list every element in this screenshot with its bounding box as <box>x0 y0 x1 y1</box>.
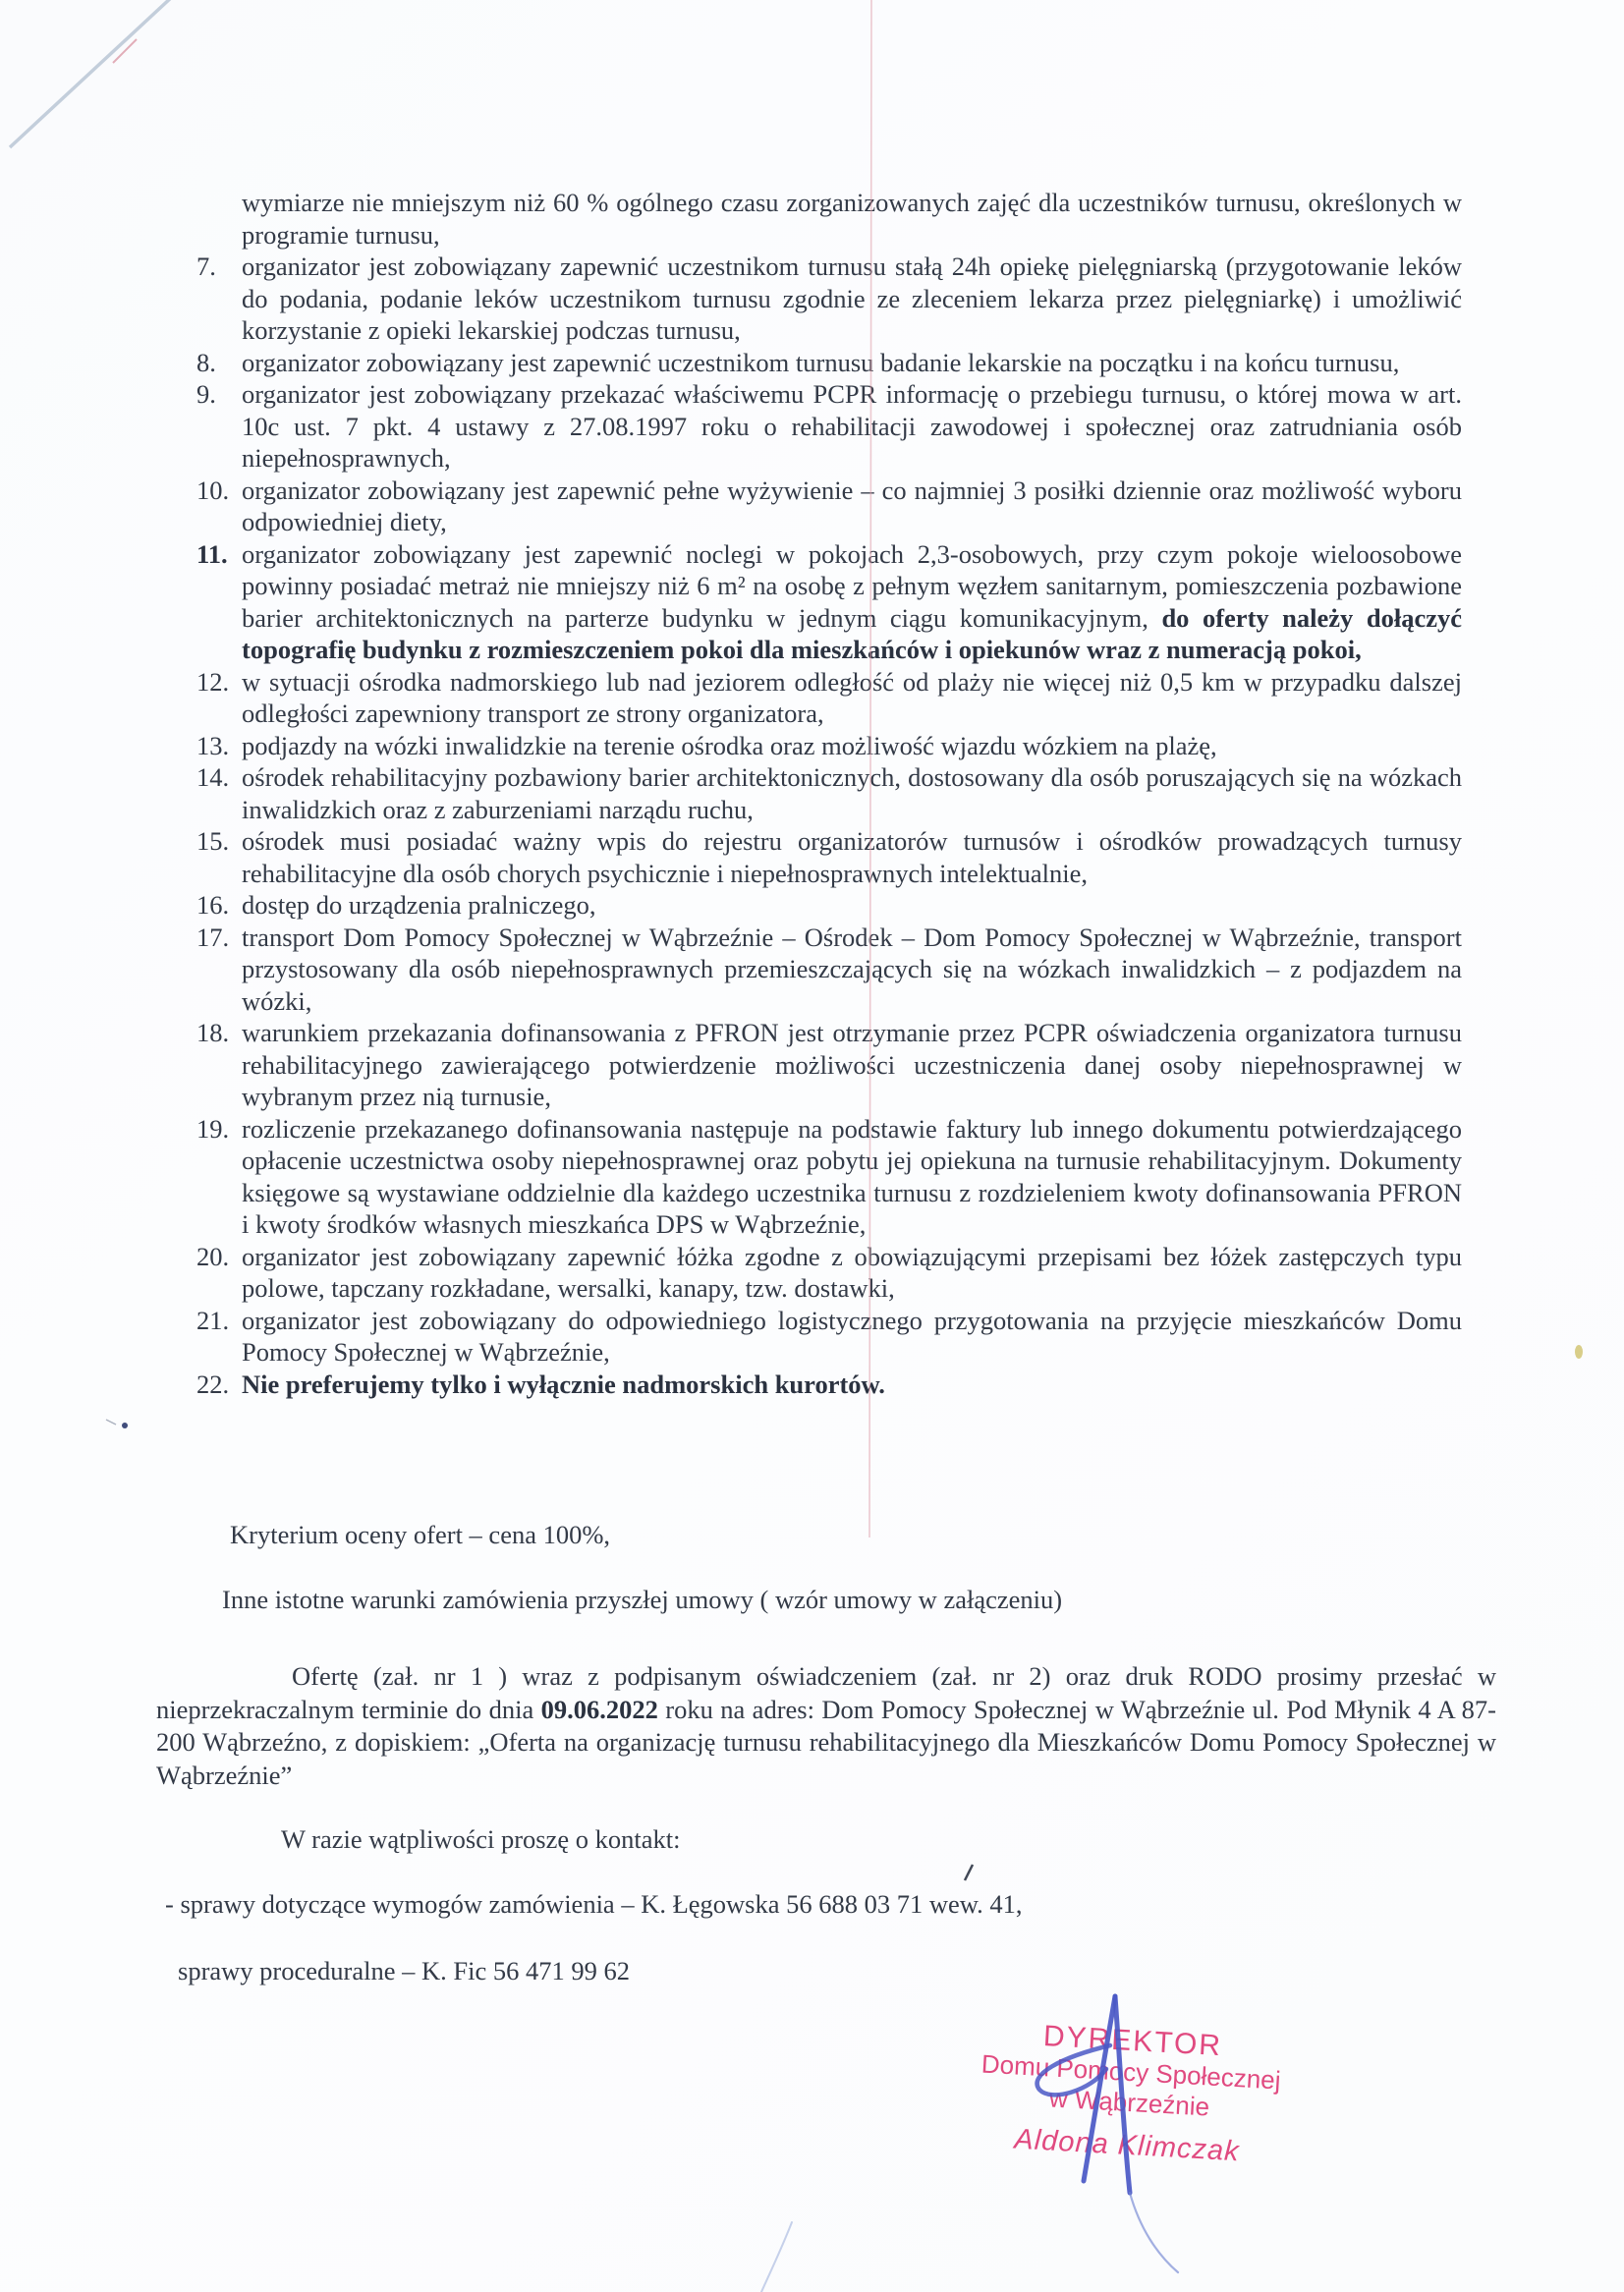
stamp-signer-name: Aldona Klimczak <box>964 2121 1289 2171</box>
list-item-number: 17. <box>196 922 229 954</box>
list-item: 20.organizator jest zobowiązany zapewnić… <box>193 1241 1462 1305</box>
list-item-number: 16. <box>196 889 229 922</box>
corner-pink-mark <box>113 39 137 63</box>
other-terms-line: Inne istotne warunki zamówienia przyszłe… <box>222 1584 1062 1616</box>
list-item: 8.organizator zobowiązany jest zapewnić … <box>193 347 1462 379</box>
list-item: 9.organizator jest zobowiązany przekazać… <box>193 378 1462 475</box>
list-item-text: organizator jest zobowiązany zapewnić uc… <box>242 252 1462 345</box>
list-item-text: w sytuacji ośrodka nadmorskiego lub nad … <box>242 667 1462 729</box>
list-item: 15.ośrodek musi posiadać ważny wpis do r… <box>193 825 1462 889</box>
list-item: 13.podjazdy na wózki inwalidzkie na tere… <box>193 730 1462 762</box>
list-item-text: warunkiem przekazania dofinansowania z P… <box>242 1018 1462 1111</box>
requirements-list: wymiarze nie mniejszym niż 60 % ogólnego… <box>193 187 1462 1400</box>
ink-speck-tail <box>106 1420 116 1425</box>
list-item-text: organizator jest zobowiązany zapewnić łó… <box>242 1242 1462 1304</box>
list-item-text: organizator jest zobowiązany przekazać w… <box>242 379 1462 473</box>
list-item: 12.w sytuacji ośrodka nadmorskiego lub n… <box>193 666 1462 730</box>
list-item-text: ośrodek rehabilitacyjny pozbawiony barie… <box>242 762 1462 824</box>
list-item-number: 9. <box>196 378 216 411</box>
list-item-text: transport Dom Pomocy Społecznej w Wąbrze… <box>242 922 1462 1016</box>
list-item: 22.Nie preferujemy tylko i wyłącznie nad… <box>193 1369 1462 1401</box>
list-item-number: 19. <box>196 1113 229 1146</box>
paper-speck <box>1575 1345 1583 1359</box>
list-item-text: organizator jest zobowiązany do odpowied… <box>242 1306 1462 1368</box>
list-item: 7.organizator jest zobowiązany zapewnić … <box>193 251 1462 347</box>
list-item-number: 12. <box>196 666 229 699</box>
ink-speck <box>122 1423 128 1428</box>
list-item-number: 13. <box>196 730 229 762</box>
list-item-text: ośrodek musi posiadać ważny wpis do reje… <box>242 826 1462 888</box>
list-item-number: 14. <box>196 761 229 794</box>
list-item-text: dostęp do urządzenia pralniczego, <box>242 890 596 920</box>
list-item-text: organizator zobowiązany jest zapewnić uc… <box>242 348 1399 377</box>
list-item: 19.rozliczenie przekazanego dofinansowan… <box>193 1113 1462 1241</box>
list-item: 11.organizator zobowiązany jest zapewnić… <box>193 538 1462 666</box>
list-item-number: 21. <box>196 1305 229 1337</box>
criteria-line: Kryterium oceny ofert – cena 100%, <box>230 1519 610 1551</box>
scanned-document-page: wymiarze nie mniejszym niż 60 % ogólnego… <box>0 0 1624 2292</box>
requirements-items: 7.organizator jest zobowiązany zapewnić … <box>193 251 1462 1400</box>
list-item: 18.warunkiem przekazania dofinansowania … <box>193 1017 1462 1113</box>
list-item-number: 8. <box>196 347 216 379</box>
signature-tail-faint <box>761 2222 792 2292</box>
list-item-text: podjazdy na wózki inwalidzkie na terenie… <box>242 731 1217 760</box>
list-item: 16.dostęp do urządzenia pralniczego, <box>193 889 1462 922</box>
offer-submission-paragraph: Ofertę (zał. nr 1 ) wraz z podpisanym oś… <box>156 1660 1496 1792</box>
list-item: 10.organizator zobowiązany jest zapewnić… <box>193 475 1462 538</box>
list-item-number: 7. <box>196 251 216 283</box>
list-item-number: 15. <box>196 825 229 858</box>
list-item-number: 10. <box>196 475 229 507</box>
contact-header: W razie wątpliwości proszę o kontakt: <box>281 1823 680 1856</box>
contact-line-requirements: - sprawy dotyczące wymogów zamówienia – … <box>165 1888 1023 1921</box>
pen-accent-mark <box>965 1865 973 1880</box>
list-item-text: Nie preferujemy tylko i wyłącznie nadmor… <box>242 1370 885 1399</box>
list-item-text: organizator zobowiązany jest zapewnić no… <box>242 539 1462 665</box>
list-item: 17.transport Dom Pomocy Społecznej w Wąb… <box>193 922 1462 1018</box>
director-stamp: DYREKTOR Domu Pomocy Społecznej w Wąbrze… <box>964 2017 1295 2171</box>
list-item-number: 11. <box>196 538 228 571</box>
list-item-number: 20. <box>196 1241 229 1273</box>
signature-tail <box>1130 2193 1178 2272</box>
list-item: 21.organizator jest zobowiązany do odpow… <box>193 1305 1462 1369</box>
list-item-text: rozliczenie przekazanego dofinansowania … <box>242 1114 1462 1240</box>
contact-line-procedural: sprawy proceduralne – K. Fic 56 471 99 6… <box>178 1955 630 1987</box>
list-item-text: organizator zobowiązany jest zapewnić pe… <box>242 475 1462 537</box>
list-item-number: 22. <box>196 1369 229 1401</box>
corner-crease-line <box>10 0 173 147</box>
list-item: 14.ośrodek rehabilitacyjny pozbawiony ba… <box>193 761 1462 825</box>
list-item-number: 18. <box>196 1017 229 1049</box>
intro-continuation-text: wymiarze nie mniejszym niż 60 % ogólnego… <box>193 187 1462 251</box>
